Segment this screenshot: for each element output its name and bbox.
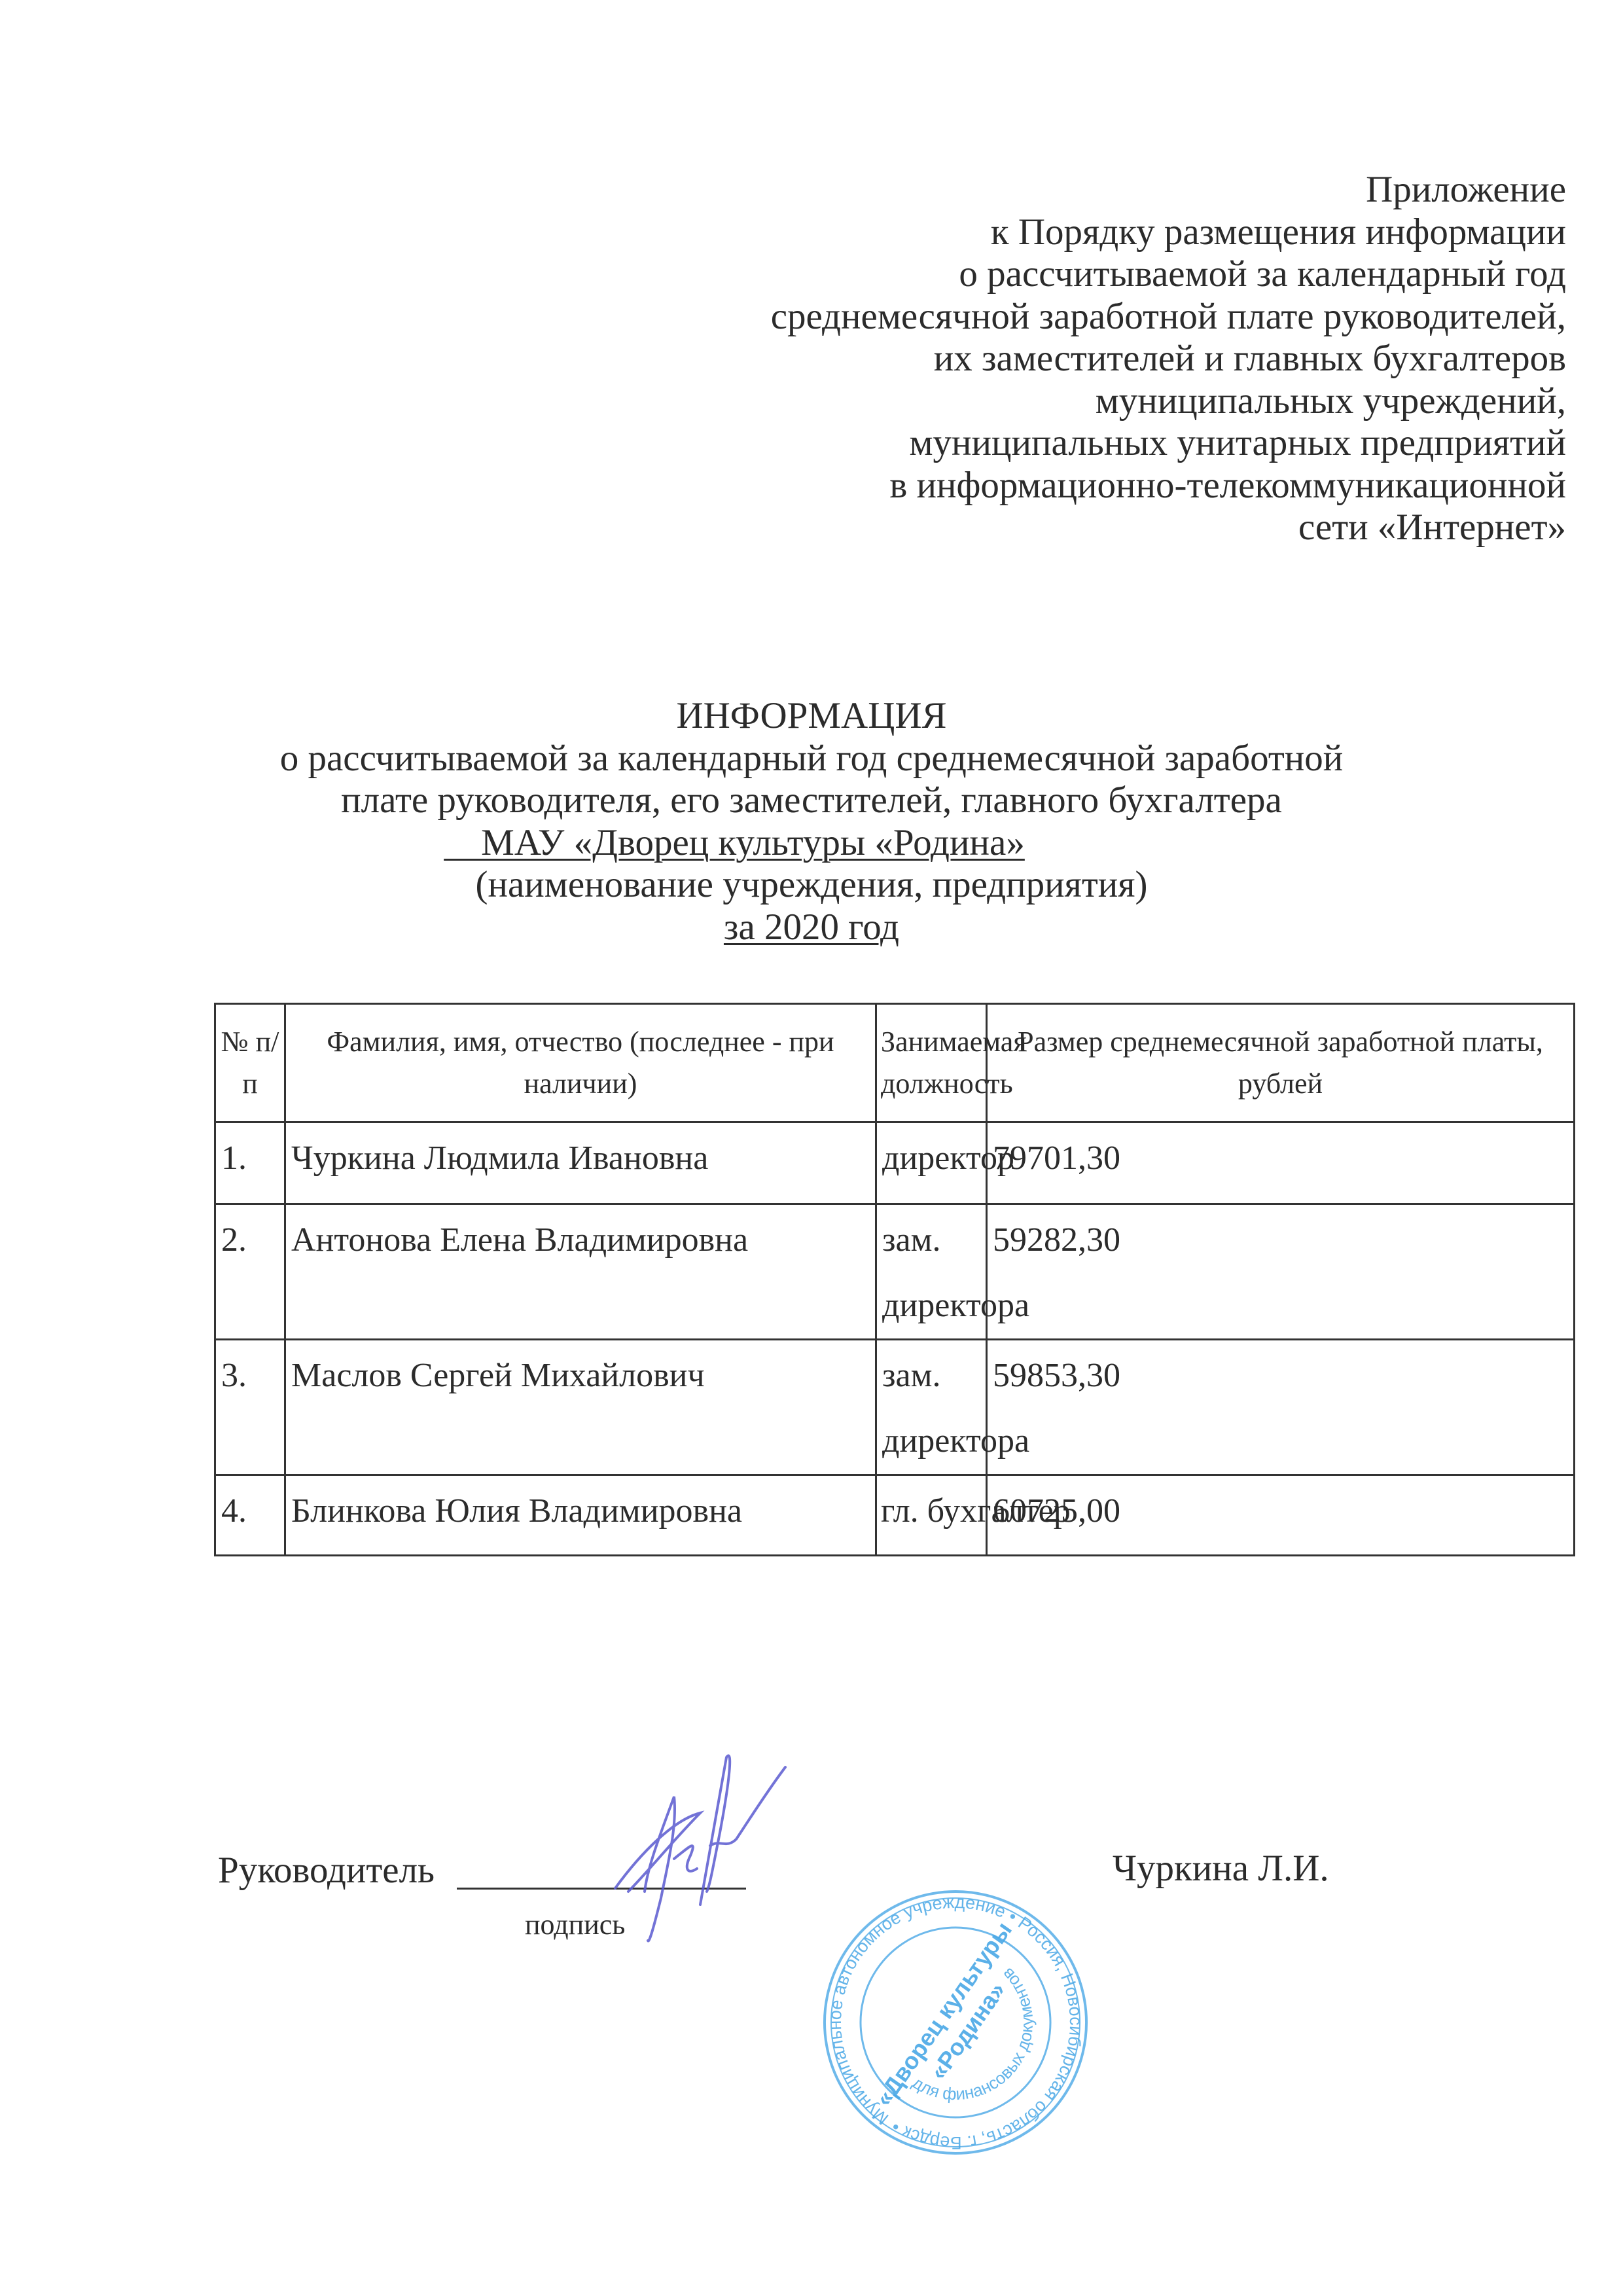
row-name: Блинкова Юлия Владимировна bbox=[285, 1475, 876, 1556]
salary-table: № п/п Фамилия, имя, отчество (последнее … bbox=[214, 1003, 1575, 1556]
table-row: 4. Блинкова Юлия Владимировна гл. бухгал… bbox=[215, 1475, 1575, 1556]
appendix-line: сети «Интернет» bbox=[771, 507, 1566, 549]
svg-text:Муниципальное автономное учреж: Муниципальное автономное учреждение • Ро… bbox=[818, 1885, 1093, 2160]
handwritten-signature-icon bbox=[576, 1741, 811, 1950]
organization-name: МАУ «Дворец культуры «Родина» bbox=[444, 822, 1025, 863]
header-name: Фамилия, имя, отчество (последнее - при … bbox=[285, 1004, 876, 1122]
table-header-row: № п/п Фамилия, имя, отчество (последнее … bbox=[215, 1004, 1575, 1122]
appendix-line: Приложение bbox=[771, 169, 1566, 211]
row-salary: 59282,30 bbox=[987, 1204, 1575, 1340]
title-line: о рассчитываемой за календарный год сред… bbox=[0, 738, 1623, 780]
signature-label: Руководитель bbox=[218, 1849, 435, 1892]
row-number: 2. bbox=[215, 1204, 285, 1340]
row-name: Антонова Елена Владимировна bbox=[285, 1204, 876, 1340]
report-period: за 2020 год bbox=[724, 906, 899, 948]
row-salary: 79701,30 bbox=[987, 1122, 1575, 1204]
row-number: 4. bbox=[215, 1475, 285, 1556]
row-position: гл. бухгалтер bbox=[876, 1475, 987, 1556]
organization-hint: (наименование учреждения, предприятия) bbox=[0, 864, 1623, 906]
row-number: 1. bbox=[215, 1122, 285, 1204]
appendix-header: Приложение к Порядку размещения информац… bbox=[771, 169, 1566, 549]
appendix-line: муниципальных унитарных предприятий bbox=[771, 422, 1566, 465]
row-position: директор bbox=[876, 1122, 987, 1204]
document-title: ИНФОРМАЦИЯ о рассчитываемой за календарн… bbox=[0, 695, 1623, 948]
row-salary: 59853,30 bbox=[987, 1340, 1575, 1475]
title-line: плате руководителя, его заместителей, гл… bbox=[0, 780, 1623, 822]
table-row: 3. Маслов Сергей Михайлович зам. директо… bbox=[215, 1340, 1575, 1475]
header-number: № п/п bbox=[215, 1004, 285, 1122]
table-row: 1. Чуркина Людмила Ивановна директор 797… bbox=[215, 1122, 1575, 1204]
appendix-line: о рассчитываемой за календарный год bbox=[771, 253, 1566, 296]
appendix-line: муниципальных учреждений, bbox=[771, 380, 1566, 423]
table-row: 2. Антонова Елена Владимировна зам. дире… bbox=[215, 1204, 1575, 1340]
appendix-line: среднемесячной заработной плате руководи… bbox=[771, 296, 1566, 338]
row-name: Маслов Сергей Михайлович bbox=[285, 1340, 876, 1475]
header-salary: Размер среднемесячной заработной платы, … bbox=[987, 1004, 1575, 1122]
row-name: Чуркина Людмила Ивановна bbox=[285, 1122, 876, 1204]
row-position: зам. директора bbox=[876, 1340, 987, 1475]
appendix-line: их заместителей и главных бухгалтеров bbox=[771, 338, 1566, 380]
header-position: Занимаемая должность bbox=[876, 1004, 987, 1122]
signer-name: Чуркина Л.И. bbox=[1113, 1847, 1329, 1890]
appendix-line: к Порядку размещения информации bbox=[771, 211, 1566, 254]
appendix-line: в информационно-телекоммуникационной bbox=[771, 465, 1566, 507]
row-position: зам. директора bbox=[876, 1204, 987, 1340]
organization-stamp-icon: Муниципальное автономное учреждение • Ро… bbox=[818, 1885, 1093, 2160]
row-number: 3. bbox=[215, 1340, 285, 1475]
title-heading: ИНФОРМАЦИЯ bbox=[0, 695, 1623, 738]
row-salary: 60725,00 bbox=[987, 1475, 1575, 1556]
